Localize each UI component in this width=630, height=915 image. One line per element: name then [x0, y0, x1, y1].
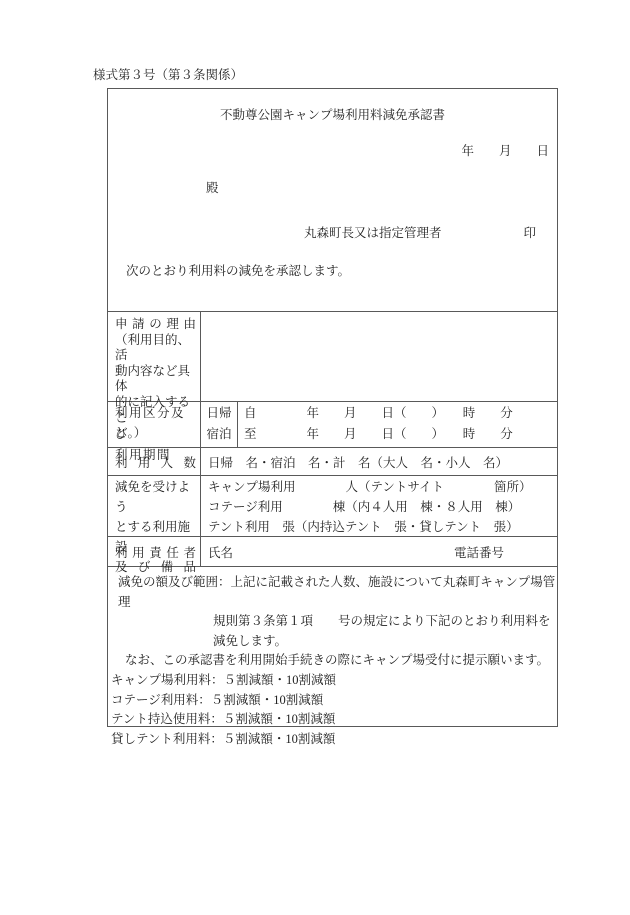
people-count-label: 利用人数	[115, 453, 196, 471]
row-responsible: 利用責任者 氏名 電話番号	[108, 536, 557, 566]
reason-label-line: （利用目的、活	[115, 333, 196, 364]
usage-period-value: 日帰 宿泊 自 年 月 日（ ） 時 分 至 年 月 日（ ） 時 分	[201, 402, 557, 447]
facilities-label: 減免を受けよう とする利用施設 及び備品	[108, 476, 201, 536]
period-lines: 自 年 月 日（ ） 時 分 至 年 月 日（ ） 時 分	[238, 402, 513, 447]
reason-value	[201, 312, 557, 401]
reason-label: 申請の理由 （利用目的、活 動内容など具体 的に記入するこ と。）	[108, 312, 201, 401]
facilities-value: キャンプ場利用 人（テントサイト 箇所） コテージ利用 棟（内４人用 棟・８人用…	[201, 476, 557, 536]
usage-label-line: 利用区分及び	[115, 403, 196, 445]
row-usage-period: 利用区分及び 利用期間 日帰 宿泊 自 年 月 日（ ） 時 分 至 年 月 日…	[108, 401, 557, 447]
daytrip-label: 日帰	[201, 403, 237, 424]
form-sheet: 不動尊公園キャンプ場利用料減免承認書 年 月 日 殿 丸森町長又は指定管理者 印…	[107, 88, 558, 727]
facility-value-line: テント利用 張（内持込テント 張・貸しテント 張）	[208, 517, 557, 537]
usage-type-subcolumn: 日帰 宿泊	[201, 402, 238, 447]
notes-line: キャンプ場利用料：５割減額・10割減額	[108, 671, 557, 691]
document-title: 不動尊公園キャンプ場利用料減免承認書	[108, 105, 557, 123]
notes-line: なお、この承認書を利用開始手続きの際にキャンプ場受付に提示願います。	[108, 651, 557, 671]
row-people-count: 利用人数 日帰 名・宿泊 名・計 名（大人 名・小人 名）	[108, 447, 557, 475]
form-header: 不動尊公園キャンプ場利用料減免承認書 年 月 日 殿 丸森町長又は指定管理者 印…	[108, 89, 557, 311]
notes-line: テント持込使用料：５割減額・10割減額	[108, 710, 557, 730]
document-page: 様式第３号（第３条関係） 不動尊公園キャンプ場利用料減免承認書 年 月 日 殿 …	[0, 0, 630, 915]
people-count-value-cell: 日帰 名・宿泊 名・計 名（大人 名・小人 名）	[201, 448, 557, 475]
period-from-line: 自 年 月 日（ ） 時 分	[244, 403, 513, 424]
facility-value-line: コテージ利用 棟（内４人用 棟・８人用 棟）	[208, 497, 557, 517]
issuer-line: 丸森町長又は指定管理者 印	[304, 223, 536, 241]
period-to-line: 至 年 月 日（ ） 時 分	[244, 424, 513, 445]
responsible-label-cell: 利用責任者	[108, 537, 201, 566]
notes-line: 減免の額及び範囲：上記に記載された人数、施設について丸森町キャンプ場管理	[108, 573, 557, 612]
usage-period-label: 利用区分及び 利用期間	[108, 402, 201, 447]
row-notes: 減免の額及び範囲：上記に記載された人数、施設について丸森町キャンプ場管理 規則第…	[108, 566, 557, 726]
responsible-value-cell: 氏名 電話番号	[201, 537, 557, 566]
form-number: 様式第３号（第３条関係）	[93, 65, 243, 83]
phone-label: 電話番号	[454, 543, 504, 561]
date-blank-line: 年 月 日	[461, 141, 549, 159]
notes-line: 貸しテント利用料：５割減額・10割減額	[108, 730, 557, 750]
reason-label-line: 申請の理由	[115, 317, 196, 333]
notes-line: 規則第３条第１項 号の規定により下記のとおり利用料を	[108, 612, 557, 632]
people-count-value: 日帰 名・宿泊 名・計 名（大人 名・小人 名）	[201, 453, 508, 471]
row-facilities: 減免を受けよう とする利用施設 及び備品 キャンプ場利用 人（テントサイト 箇所…	[108, 475, 557, 536]
notes-line: 減免します。	[108, 632, 557, 652]
overnight-label: 宿泊	[201, 424, 237, 445]
facilities-label-line: 減免を受けよう	[115, 477, 196, 517]
notes-line: コテージ利用料：５割減額・10割減額	[108, 691, 557, 711]
people-count-label-cell: 利用人数	[108, 448, 201, 475]
row-reason: 申請の理由 （利用目的、活 動内容など具体 的に記入するこ と。）	[108, 311, 557, 401]
seal-mark: 印	[523, 223, 536, 241]
issuer-name: 丸森町長又は指定管理者	[304, 223, 442, 241]
name-label: 氏名	[208, 543, 233, 561]
responsible-label: 利用責任者	[115, 543, 196, 561]
addressee-honorific: 殿	[206, 178, 219, 196]
reason-label-line: 動内容など具体	[115, 364, 196, 395]
facility-value-line: キャンプ場利用 人（テントサイト 箇所）	[208, 477, 557, 497]
approval-statement: 次のとおり利用料の減免を承認します。	[126, 261, 350, 279]
